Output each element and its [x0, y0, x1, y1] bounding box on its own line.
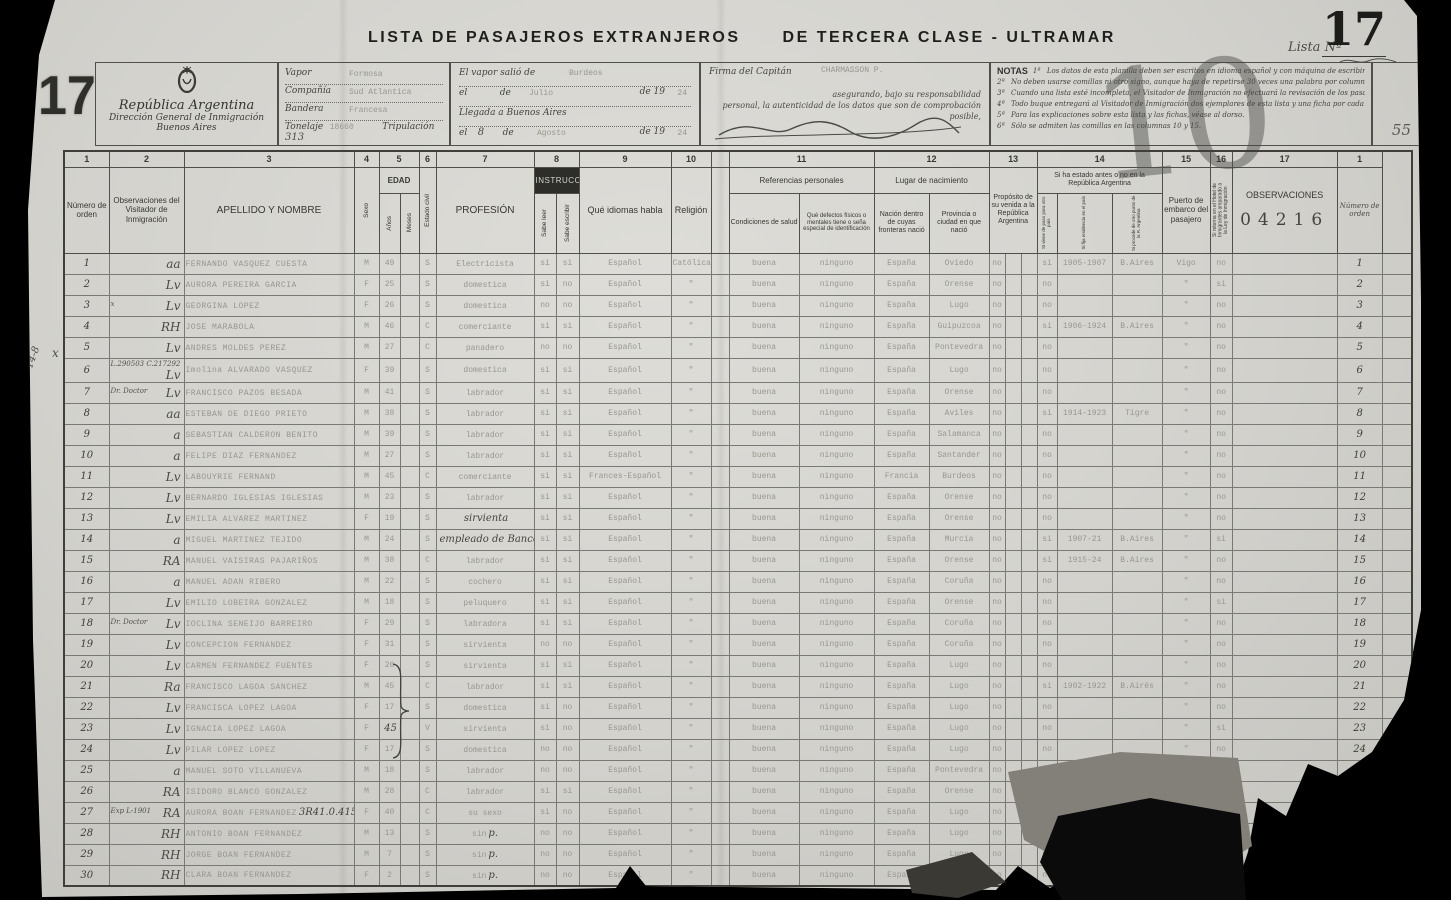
- spacer-cell: [711, 358, 729, 382]
- pad-cell: [1382, 802, 1412, 823]
- been-before: no: [1037, 718, 1057, 739]
- been-before: no: [1037, 571, 1057, 592]
- profession-text: domestica: [463, 302, 506, 311]
- purpose-2: [1005, 253, 1021, 274]
- birth-province: Lugo: [929, 697, 989, 718]
- defects: ninguno: [799, 550, 874, 571]
- col-label-instruccion: INSTRUCCIÓN: [534, 167, 579, 193]
- org-city: Buenos Aires: [96, 123, 277, 133]
- religion: ": [671, 508, 711, 529]
- visitor-observation: Lv: [109, 739, 184, 760]
- years-before: 1902-1922: [1057, 676, 1112, 697]
- order-number: 7: [64, 382, 109, 403]
- religion: ": [671, 529, 711, 550]
- years-before: [1057, 634, 1112, 655]
- passenger-name: EMILIA ALVAREZ MARTINEZ: [184, 508, 354, 529]
- observations: [1232, 760, 1337, 781]
- sex: M: [354, 844, 379, 865]
- languages: Español: [579, 865, 671, 886]
- sex: M: [354, 823, 379, 844]
- observations: [1232, 634, 1337, 655]
- visitor-observation: Lv: [109, 655, 184, 676]
- defects: ninguno: [799, 382, 874, 403]
- spacer-cell: [711, 697, 729, 718]
- civil-status: S: [419, 445, 436, 466]
- purpose: no: [989, 655, 1005, 676]
- defects: ninguno: [799, 253, 874, 274]
- languages: Español: [579, 718, 671, 739]
- profession-text: sirvienta: [463, 725, 506, 734]
- age-months: [400, 613, 419, 634]
- can-read: no: [534, 337, 556, 358]
- passenger-name-text: EMILIA ALVAREZ MARTINEZ: [186, 515, 308, 524]
- purpose-3: [1021, 718, 1037, 739]
- visitor-observation: a: [109, 445, 184, 466]
- years-before: [1057, 466, 1112, 487]
- health-condition: buena: [729, 529, 799, 550]
- languages: Español: [579, 382, 671, 403]
- health-condition: buena: [729, 592, 799, 613]
- sex: F: [354, 802, 379, 823]
- age-months: [400, 529, 419, 550]
- profession: sirvienta: [436, 634, 534, 655]
- age-months: [400, 865, 419, 886]
- pad-cell: [1382, 865, 1412, 886]
- col-sub-proposito-2: Si fija residencia en el país: [1057, 193, 1112, 253]
- passenger-name-text: BERNARDO IGLESIAS IGLESIAS: [186, 494, 324, 503]
- languages: Español: [579, 823, 671, 844]
- col-sub-proposito-3: Si procede de otro punto de la R. Argent…: [1112, 193, 1162, 253]
- purpose-2: [1005, 316, 1021, 337]
- age-months: [400, 424, 419, 445]
- purpose-2: [1005, 529, 1021, 550]
- passenger-row: 22LvFRANCISCA LOPEZ LAGOAF17Sdomesticasi…: [64, 697, 1412, 718]
- languages: Español: [579, 739, 671, 760]
- purpose: no: [989, 445, 1005, 466]
- languages: Español: [579, 571, 671, 592]
- visitor-observation-text: a: [173, 575, 180, 589]
- age-years: 45: [379, 466, 400, 487]
- hotel-return: no: [1210, 508, 1232, 529]
- civil-status: S: [419, 487, 436, 508]
- pad-cell: [1382, 550, 1412, 571]
- purpose-2: [1005, 697, 1021, 718]
- col-num-gap: [711, 151, 729, 167]
- years-before: 1905-1907: [1057, 253, 1112, 274]
- col-num-1: 1: [64, 151, 109, 167]
- passenger-name: GEORGINA LOPEZ: [184, 295, 354, 316]
- visitor-observation-text: Exp L-1901: [111, 807, 152, 815]
- profession-text: sin: [472, 872, 486, 881]
- passenger-name-text: GEORGINA LOPEZ: [186, 302, 260, 311]
- civil-status: C: [419, 337, 436, 358]
- defects: ninguno: [799, 358, 874, 382]
- profession: labrador: [436, 382, 534, 403]
- age-months: [400, 337, 419, 358]
- religion: ": [671, 655, 711, 676]
- observations: [1232, 865, 1337, 886]
- pad-cell: [1382, 445, 1412, 466]
- visitor-observation: RH: [109, 316, 184, 337]
- age-months: [400, 274, 419, 295]
- birth-province: Burdeos: [929, 466, 989, 487]
- pad-cell: [1382, 316, 1412, 337]
- purpose: no: [989, 529, 1005, 550]
- order-number-right: 22: [1337, 697, 1382, 718]
- arrival-label: Llegada a Buenos Aires: [459, 108, 567, 118]
- order-number-right: 15: [1337, 550, 1382, 571]
- order-number-right: [1337, 844, 1382, 865]
- de-label: de: [500, 88, 511, 98]
- civil-status: S: [419, 655, 436, 676]
- passenger-row: 11LvLABOUYRIE FERNANDM45Ccomerciantesisi…: [64, 466, 1412, 487]
- visitor-observation-text: Lv: [166, 386, 181, 400]
- years-before: [1057, 718, 1112, 739]
- passenger-name: FRANCISCA LOPEZ LAGOA: [184, 697, 354, 718]
- order-number-right: 6: [1337, 358, 1382, 382]
- observations: [1232, 424, 1337, 445]
- profession: domestica: [436, 739, 534, 760]
- spacer-cell: [711, 634, 729, 655]
- col-label-observaciones-visitador: Observaciones del Visitador de Inmigraci…: [109, 167, 184, 253]
- birth-province: Orense: [929, 508, 989, 529]
- purpose-2: [1005, 508, 1021, 529]
- visitor-observation-text: RH: [161, 848, 181, 862]
- civil-status: S: [419, 634, 436, 655]
- age-years: 24: [379, 529, 400, 550]
- col-num-17: 17: [1232, 151, 1337, 167]
- passenger-name: SEBASTIAN CALDERON BENITO: [184, 424, 354, 445]
- visitor-observation-text: L.290503 C.217292: [111, 360, 181, 368]
- purpose-3: [1021, 592, 1037, 613]
- purpose-3: [1021, 466, 1037, 487]
- profession: domestica: [436, 295, 534, 316]
- spacer-cell: [711, 718, 729, 739]
- visitor-observation-text: Lv: [166, 701, 181, 715]
- purpose-3: [1021, 295, 1037, 316]
- defects: ninguno: [799, 676, 874, 697]
- civil-status: S: [419, 358, 436, 382]
- passenger-row: 15RAMANUEL VAISIRAS PAJARIÑOSM38Clabrado…: [64, 550, 1412, 571]
- hotel-return: no: [1210, 316, 1232, 337]
- profession: labrador: [436, 424, 534, 445]
- tripulacion-label: Tripulación: [382, 122, 434, 132]
- visitor-observation-text: a: [173, 533, 180, 547]
- profession-text: labrador: [466, 431, 504, 440]
- sex: F: [354, 358, 379, 382]
- purpose: no: [989, 592, 1005, 613]
- purpose-2: [1005, 676, 1021, 697]
- observations: [1232, 739, 1337, 760]
- profession-text: p.: [488, 828, 498, 839]
- sex: M: [354, 571, 379, 592]
- order-number-right: 11: [1337, 466, 1382, 487]
- purpose-3: [1021, 274, 1037, 295]
- birth-nation: España: [874, 760, 929, 781]
- col-sub-proposito-1: Si viene de paso para otro país: [1037, 193, 1057, 253]
- defects: ninguno: [799, 823, 874, 844]
- visitor-observation: Lv: [109, 274, 184, 295]
- sex: M: [354, 592, 379, 613]
- purpose: no: [989, 487, 1005, 508]
- passenger-row: 9aSEBASTIAN CALDERON BENITOM39Slabradors…: [64, 424, 1412, 445]
- defects: ninguno: [799, 571, 874, 592]
- purpose-3: [1021, 316, 1037, 337]
- purpose-2: [1005, 466, 1021, 487]
- age-years: 25: [379, 274, 400, 295]
- visitor-observation: L.290503 C.217292Lv: [109, 358, 184, 382]
- passenger-row: 10aFELIPE DIAZ FERNANDEZM27Slabradorsisi…: [64, 445, 1412, 466]
- col-num-14: 14: [1037, 151, 1162, 167]
- profession: labrador: [436, 676, 534, 697]
- religion: ": [671, 466, 711, 487]
- languages: Español: [579, 760, 671, 781]
- profession-text: sin: [472, 851, 486, 860]
- spacer-cell: [711, 781, 729, 802]
- civil-status: S: [419, 508, 436, 529]
- col-label-edad: EDAD: [379, 167, 419, 193]
- languages: Español: [579, 634, 671, 655]
- passenger-row: 13LvEMILIA ALVAREZ MARTINEZF19Ssirvienta…: [64, 508, 1412, 529]
- place-resided: [1112, 382, 1162, 403]
- passenger-name: MANUEL VAISIRAS PAJARIÑOS: [184, 550, 354, 571]
- health-condition: buena: [729, 358, 799, 382]
- col-pad: [1382, 151, 1412, 253]
- age-years: 7: [379, 844, 400, 865]
- col-label-orden-right: Número de orden: [1337, 167, 1382, 253]
- passenger-row: 19LvCONCEPCION FERNANDEZF31Ssirvientanon…: [64, 634, 1412, 655]
- spacer-cell: [711, 550, 729, 571]
- visitor-observation: Dr. DoctorLv: [109, 613, 184, 634]
- order-number-right: 7: [1337, 382, 1382, 403]
- pad-cell: [1382, 508, 1412, 529]
- passenger-row: 17LvEMILIO LOBEIRA GONZALEZM18Speluquero…: [64, 592, 1412, 613]
- order-number-right: 5: [1337, 337, 1382, 358]
- purpose: no: [989, 337, 1005, 358]
- can-read: no: [534, 760, 556, 781]
- can-write: no: [556, 634, 579, 655]
- passenger-name-text: MANUEL SOTO VILLANUEVA: [186, 767, 303, 776]
- passenger-name: FERNANDO VASQUEZ CUESTA: [184, 253, 354, 274]
- sex: F: [354, 508, 379, 529]
- place-resided: B.Aires: [1112, 253, 1162, 274]
- visitor-observation: Lv: [109, 592, 184, 613]
- visitor-observation-text: Lv: [166, 491, 181, 505]
- embark-port: ": [1162, 655, 1210, 676]
- departure-port-line: El vapor salió de Burdeos: [459, 67, 691, 87]
- languages: Español: [579, 316, 671, 337]
- visitor-observation: RA: [109, 781, 184, 802]
- can-read: si: [534, 802, 556, 823]
- bandera-field: Bandera Francesa: [285, 103, 443, 121]
- hotel-return: no: [1210, 697, 1232, 718]
- religion: ": [671, 823, 711, 844]
- can-write: no: [556, 760, 579, 781]
- can-write: si: [556, 424, 579, 445]
- hotel-return: no: [1210, 487, 1232, 508]
- purpose-3: [1021, 508, 1037, 529]
- embark-port: ": [1162, 718, 1210, 739]
- place-resided: [1112, 295, 1162, 316]
- age-years: 41: [379, 382, 400, 403]
- languages: Español: [579, 781, 671, 802]
- religion: ": [671, 358, 711, 382]
- age-months: [400, 760, 419, 781]
- visitor-observation: Dr. DoctorLv: [109, 382, 184, 403]
- birth-province: Lugo: [929, 676, 989, 697]
- col-num-16: 16: [1210, 151, 1232, 167]
- compania-label: Compañía: [285, 86, 331, 96]
- embark-port: ": [1162, 316, 1210, 337]
- place-resided: [1112, 634, 1162, 655]
- registry-number-stamp: 04216: [1234, 210, 1336, 230]
- years-before: [1057, 592, 1112, 613]
- profession: domestica: [436, 274, 534, 295]
- profession-text: p.: [488, 849, 498, 860]
- can-write: si: [556, 316, 579, 337]
- org-country: República Argentina: [96, 98, 277, 113]
- profession: labrador: [436, 760, 534, 781]
- col-sub-meses: Meses: [400, 193, 419, 253]
- age-months: [400, 781, 419, 802]
- observations: [1232, 337, 1337, 358]
- purpose-2: [1005, 739, 1021, 760]
- defects: ninguno: [799, 487, 874, 508]
- hotel-return: no: [1210, 403, 1232, 424]
- languages: Español: [579, 445, 671, 466]
- passenger-row: 3xLvGEORGINA LOPEZF26SdomesticanonoEspañ…: [64, 295, 1412, 316]
- spacer-cell: [711, 655, 729, 676]
- age-years: 31: [379, 634, 400, 655]
- birth-nation: Francia: [874, 466, 929, 487]
- passenger-name-text: AURORA BOAN FERNANDEZ: [186, 809, 297, 818]
- visitor-observation: Ra: [109, 676, 184, 697]
- pad-cell: [1382, 844, 1412, 865]
- observations: [1232, 676, 1337, 697]
- religion: ": [671, 274, 711, 295]
- profession-text: comerciante: [459, 473, 512, 482]
- order-number: 10: [64, 445, 109, 466]
- purpose-2: [1005, 424, 1021, 445]
- purpose-3: [1021, 253, 1037, 274]
- bandera-label: Bandera: [285, 104, 324, 114]
- visitor-observation-text: Lv: [166, 596, 181, 610]
- captain-name-stamp: CHARMASSON P.: [821, 66, 883, 75]
- defects: ninguno: [799, 424, 874, 445]
- purpose-2: [1005, 865, 1021, 886]
- order-number: 8: [64, 403, 109, 424]
- sex: M: [354, 337, 379, 358]
- passenger-row: 20LvCARMEN FERNANDEZ FUENTESF26Ssirvient…: [64, 655, 1412, 676]
- years-before: [1057, 487, 1112, 508]
- order-number: 26: [64, 781, 109, 802]
- visitor-observation-text: aa: [166, 407, 180, 421]
- birth-nation: España: [874, 739, 929, 760]
- sex: M: [354, 781, 379, 802]
- visitor-observation: a: [109, 529, 184, 550]
- birth-nation: España: [874, 295, 929, 316]
- purpose: no: [989, 253, 1005, 274]
- spacer-cell: [711, 529, 729, 550]
- passenger-name: FRANCISCO PAZOS BESADA: [184, 382, 354, 403]
- place-resided: B.Aires: [1112, 529, 1162, 550]
- order-number: 14: [64, 529, 109, 550]
- health-condition: buena: [729, 295, 799, 316]
- defects: ninguno: [799, 697, 874, 718]
- visitor-observation-text: Lv: [166, 617, 181, 631]
- can-read: si: [534, 253, 556, 274]
- pad-cell: [1382, 697, 1412, 718]
- defects: ninguno: [799, 316, 874, 337]
- embark-port: ": [1162, 424, 1210, 445]
- health-condition: buena: [729, 508, 799, 529]
- passenger-name-text: AURORA PEREIRA GARCIA: [186, 281, 297, 290]
- defects: ninguno: [799, 508, 874, 529]
- pad-cell: [1382, 739, 1412, 760]
- civil-status: S: [419, 274, 436, 295]
- religion: ": [671, 865, 711, 886]
- birth-province: Santander: [929, 445, 989, 466]
- age-months: [400, 634, 419, 655]
- col-gap: [711, 167, 729, 253]
- passenger-name: MANUEL SOTO VILLANUEVA: [184, 760, 354, 781]
- order-number: 2: [64, 274, 109, 295]
- age-months: [400, 550, 419, 571]
- passenger-name: FELIPE DIAZ FERNANDEZ: [184, 445, 354, 466]
- issuing-office-box: República Argentina Dirección General de…: [95, 62, 278, 146]
- sex: M: [354, 253, 379, 274]
- can-read: si: [534, 316, 556, 337]
- pad-cell: [1382, 382, 1412, 403]
- birth-nation: España: [874, 424, 929, 445]
- can-write: si: [556, 466, 579, 487]
- can-read: si: [534, 358, 556, 382]
- coat-of-arms-icon: [175, 65, 199, 93]
- profession: domestica: [436, 358, 534, 382]
- defects: ninguno: [799, 634, 874, 655]
- civil-status: S: [419, 529, 436, 550]
- civil-status: S: [419, 403, 436, 424]
- civil-status: C: [419, 466, 436, 487]
- embark-port: ": [1162, 571, 1210, 592]
- order-number: 22: [64, 697, 109, 718]
- age-years: 22: [379, 571, 400, 592]
- order-number-right: [1337, 802, 1382, 823]
- sex: F: [354, 655, 379, 676]
- profession: sinp.: [436, 823, 534, 844]
- passenger-name: IOCLINA SENEIJO BARREIRO: [184, 613, 354, 634]
- passenger-row: 14aMIGUEL MARTINEZ TEJIDOM24Sempleado de…: [64, 529, 1412, 550]
- order-number-right: 24: [1337, 739, 1382, 760]
- can-write: si: [556, 550, 579, 571]
- purpose: no: [989, 382, 1005, 403]
- age-years: 18: [379, 592, 400, 613]
- pad-cell: [1382, 676, 1412, 697]
- visitor-observation-text: a: [173, 428, 180, 442]
- visitor-observation-text: RA: [163, 554, 181, 568]
- profession-text: peluquero: [463, 599, 506, 608]
- order-number-right: 23: [1337, 718, 1382, 739]
- place-resided: [1112, 613, 1162, 634]
- arrival-year: 24: [677, 129, 687, 138]
- can-write: si: [556, 655, 579, 676]
- col-num-8: 8: [534, 151, 579, 167]
- can-write: si: [556, 487, 579, 508]
- place-resided: [1112, 508, 1162, 529]
- can-read: si: [534, 571, 556, 592]
- sex: M: [354, 424, 379, 445]
- years-before: [1057, 295, 1112, 316]
